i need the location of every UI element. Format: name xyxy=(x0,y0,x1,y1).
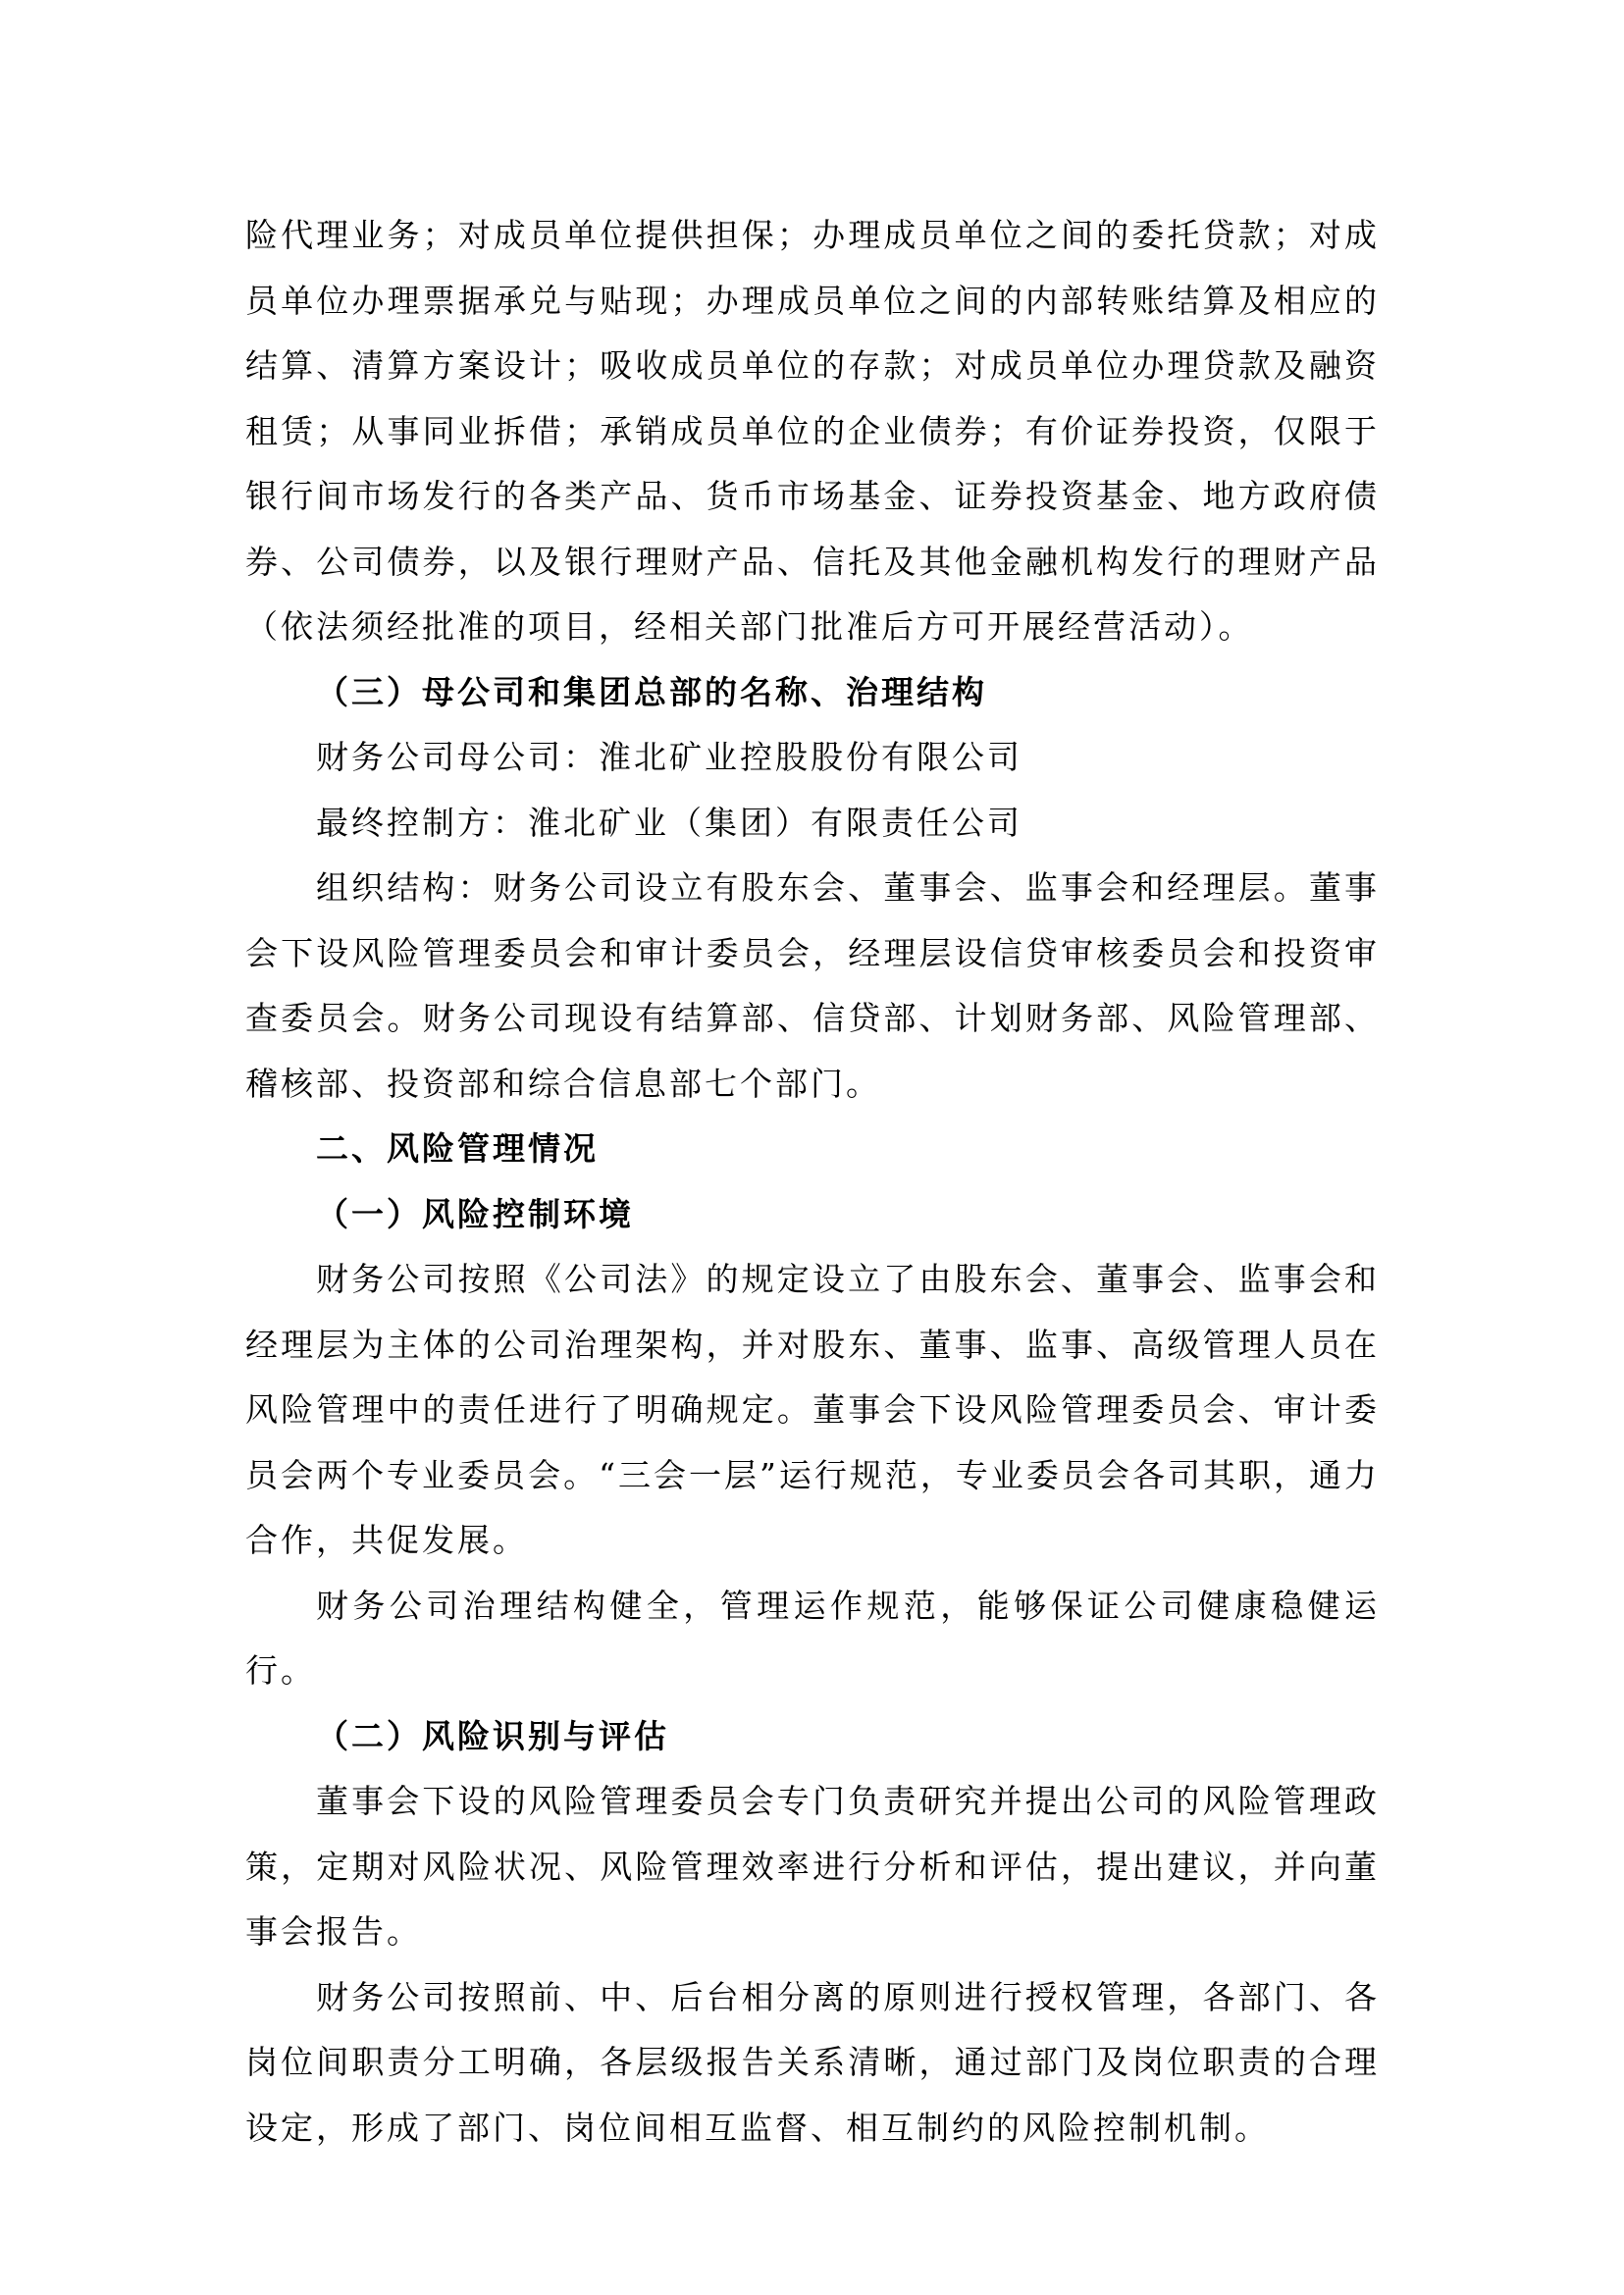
body-paragraph: 财务公司按照《公司法》的规定设立了由股东会、董事会、监事会和经理层为主体的公司治… xyxy=(245,1247,1380,1574)
section-heading: （二）风险识别与评估 xyxy=(245,1704,1380,1770)
body-paragraph: 财务公司按照前、中、后台相分离的原则进行授权管理，各部门、各岗位间职责分工明确，… xyxy=(245,1965,1380,2162)
document-body: 险代理业务；对成员单位提供担保；办理成员单位之间的委托贷款；对成员单位办理票据承… xyxy=(245,203,1380,2161)
document-page: 险代理业务；对成员单位提供担保；办理成员单位之间的委托贷款；对成员单位办理票据承… xyxy=(0,0,1624,2295)
body-paragraph: 财务公司母公司：淮北矿业控股股份有限公司 xyxy=(245,725,1380,791)
section-heading: （一）风险控制环境 xyxy=(245,1182,1380,1248)
body-paragraph: 险代理业务；对成员单位提供担保；办理成员单位之间的委托贷款；对成员单位办理票据承… xyxy=(245,203,1380,660)
body-paragraph: 财务公司治理结构健全，管理运作规范，能够保证公司健康稳健运行。 xyxy=(245,1574,1380,1704)
section-heading: （三）母公司和集团总部的名称、治理结构 xyxy=(245,660,1380,726)
section-heading: 二、风险管理情况 xyxy=(245,1117,1380,1182)
body-paragraph: 组织结构：财务公司设立有股东会、董事会、监事会和经理层。董事会下设风险管理委员会… xyxy=(245,856,1380,1117)
body-paragraph: 董事会下设的风险管理委员会专门负责研究并提出公司的风险管理政策，定期对风险状况、… xyxy=(245,1769,1380,1965)
body-paragraph: 最终控制方：淮北矿业（集团）有限责任公司 xyxy=(245,791,1380,857)
